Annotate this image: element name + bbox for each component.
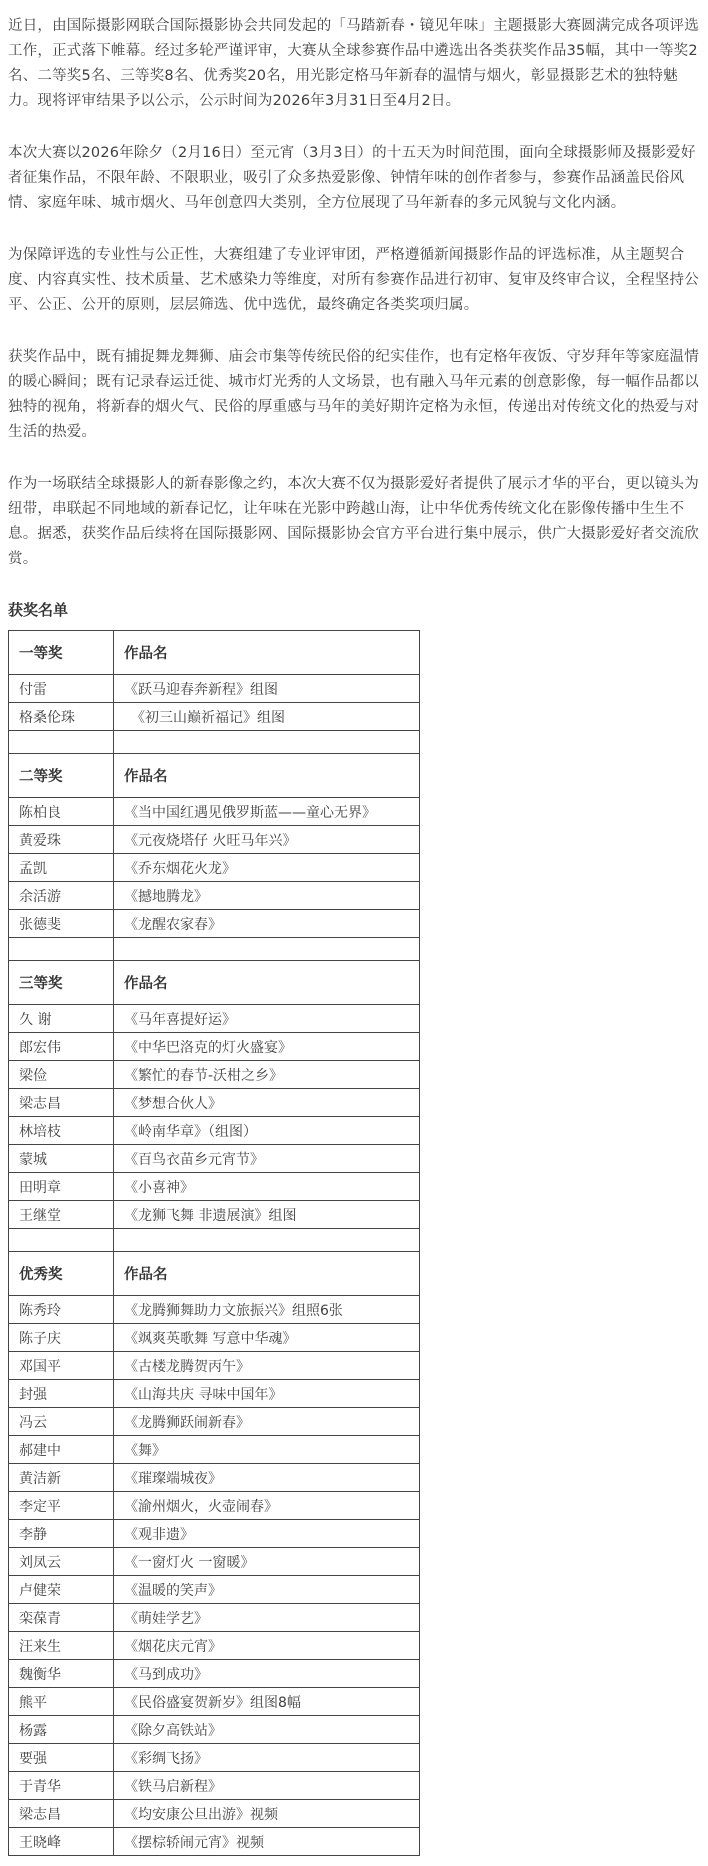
- table-row: 郎宏伟《中华巴洛克的灯火盛宴》: [9, 1033, 420, 1061]
- table-row: 久 谢《马年喜提好运》: [9, 1005, 420, 1033]
- paragraph-closing: 作为一场联结全球摄影人的新春影像之约，本次大赛不仅为摄影爱好者提供了展示才华的平…: [8, 472, 702, 572]
- table-row: 孟凯《乔东烟花火龙》: [9, 854, 420, 882]
- table-row: 魏衡华《马到成功》: [9, 1660, 420, 1688]
- winner-name: 王晓峰: [9, 1828, 114, 1856]
- work-title: 《撼地腾龙》: [114, 882, 420, 910]
- winner-name: 孟凯: [9, 854, 114, 882]
- work-title: 《龙醒农家春》: [114, 910, 420, 938]
- separator-row: [9, 731, 420, 754]
- empty-cell: [114, 938, 420, 961]
- winner-name: 栾葆青: [9, 1604, 114, 1632]
- work-title: 《乔东烟花火龙》: [114, 854, 420, 882]
- table-header-row: 三等奖作品名: [9, 961, 420, 1005]
- work-title: 《观非遗》: [114, 1520, 420, 1548]
- work-title: 《龙腾狮舞助力文旅振兴》组照6张: [114, 1296, 420, 1324]
- work-title: 《古楼龙腾贺丙午》: [114, 1352, 420, 1380]
- table-row: 蒙城《百鸟衣苗乡元宵节》: [9, 1145, 420, 1173]
- award-tier-header: 一等奖: [9, 631, 114, 675]
- winner-name: 王继堂: [9, 1201, 114, 1229]
- article-page: 近日，由国际摄影网联合国际摄影协会共同发起的「马踏新春・镜见年味」主题摄影大赛圆…: [0, 0, 708, 1866]
- work-title: 《元夜烧塔仔 火旺马年兴》: [114, 826, 420, 854]
- winner-name: 陈子庆: [9, 1324, 114, 1352]
- paragraph-timeframe: 本次大赛以2026年除夕（2月16日）至元宵（3月3日）的十五天为时间范围，面向…: [8, 141, 702, 216]
- winner-name: 魏衡华: [9, 1660, 114, 1688]
- table-row: 梁志昌《均安康公旦出游》视频: [9, 1800, 420, 1828]
- winner-name: 邓国平: [9, 1352, 114, 1380]
- table-row: 张德斐《龙醒农家春》: [9, 910, 420, 938]
- work-title: 《龙狮飞舞 非遗展演》组图: [114, 1201, 420, 1229]
- table-row: 黄爱珠《元夜烧塔仔 火旺马年兴》: [9, 826, 420, 854]
- work-title: 《一窗灯火 一窗暖》: [114, 1548, 420, 1576]
- table-header-row: 优秀奖作品名: [9, 1252, 420, 1296]
- work-title: 《除夕高铁站》: [114, 1716, 420, 1744]
- table-row: 王晓峰《摆棕轿闹元宵》视频: [9, 1828, 420, 1856]
- winner-name: 陈秀玲: [9, 1296, 114, 1324]
- empty-cell: [114, 1229, 420, 1252]
- winner-name: 冯云: [9, 1408, 114, 1436]
- table-row: 林培枝《岭南华章》（组图）: [9, 1117, 420, 1145]
- paragraph-judging: 为保障评选的专业性与公正性，大赛组建了专业评审团，严格遵循新闻摄影作品的评选标准…: [8, 243, 702, 318]
- table-row: 汪来生《烟花庆元宵》: [9, 1632, 420, 1660]
- work-title: 《彩绸飞扬》: [114, 1744, 420, 1772]
- work-title: 《马年喜提好运》: [114, 1005, 420, 1033]
- work-name-header: 作品名: [114, 1252, 420, 1296]
- table-row: 刘凤云《一窗灯火 一窗暖》: [9, 1548, 420, 1576]
- winner-name: 刘凤云: [9, 1548, 114, 1576]
- empty-cell: [9, 731, 114, 754]
- table-row: 杨露《除夕高铁站》: [9, 1716, 420, 1744]
- table-row: 田明章《小喜神》: [9, 1173, 420, 1201]
- award-tier-header: 优秀奖: [9, 1252, 114, 1296]
- paragraph-intro: 近日，由国际摄影网联合国际摄影协会共同发起的「马踏新春・镜见年味」主题摄影大赛圆…: [8, 14, 702, 114]
- work-title: 《飒爽英歌舞 写意中华魂》: [114, 1324, 420, 1352]
- table-row: 郝建中《舞》: [9, 1436, 420, 1464]
- table-row: 李定平《渝州烟火，火壶闹春》: [9, 1492, 420, 1520]
- table-row: 于青华《铁马启新程》: [9, 1772, 420, 1800]
- awards-table-body: 一等奖作品名付雷《跃马迎春奔新程》组图格桑伦珠 《初三山巅祈福记》组图二等奖作品…: [9, 631, 420, 1856]
- work-title: 《小喜神》: [114, 1173, 420, 1201]
- work-title: 《中华巴洛克的灯火盛宴》: [114, 1033, 420, 1061]
- table-row: 梁俭《繁忙的春节-沃柑之乡》: [9, 1061, 420, 1089]
- work-title: 《初三山巅祈福记》组图: [114, 703, 420, 731]
- table-row: 黄洁新《璀璨端城夜》: [9, 1464, 420, 1492]
- table-row: 邓国平《古楼龙腾贺丙午》: [9, 1352, 420, 1380]
- winner-name: 黄洁新: [9, 1464, 114, 1492]
- work-name-header: 作品名: [114, 961, 420, 1005]
- paragraph-works: 获奖作品中，既有捕捉舞龙舞狮、庙会市集等传统民俗的纪实佳作，也有定格年夜饭、守岁…: [8, 345, 702, 445]
- winner-name: 于青华: [9, 1772, 114, 1800]
- table-row: 要强《彩绸飞扬》: [9, 1744, 420, 1772]
- awards-table: 一等奖作品名付雷《跃马迎春奔新程》组图格桑伦珠 《初三山巅祈福记》组图二等奖作品…: [8, 630, 420, 1856]
- work-title: 《摆棕轿闹元宵》视频: [114, 1828, 420, 1856]
- separator-row: [9, 1229, 420, 1252]
- table-row: 王继堂《龙狮飞舞 非遗展演》组图: [9, 1201, 420, 1229]
- table-header-row: 二等奖作品名: [9, 754, 420, 798]
- winner-name: 封强: [9, 1380, 114, 1408]
- work-name-header: 作品名: [114, 754, 420, 798]
- work-title: 《民俗盛宴贺新岁》组图8幅: [114, 1688, 420, 1716]
- winner-name: 卢健荣: [9, 1576, 114, 1604]
- work-title: 《百鸟衣苗乡元宵节》: [114, 1145, 420, 1173]
- table-row: 熊平《民俗盛宴贺新岁》组图8幅: [9, 1688, 420, 1716]
- work-title: 《跃马迎春奔新程》组图: [114, 675, 420, 703]
- work-title: 《铁马启新程》: [114, 1772, 420, 1800]
- winner-name: 梁志昌: [9, 1089, 114, 1117]
- winner-name: 田明章: [9, 1173, 114, 1201]
- empty-cell: [9, 938, 114, 961]
- table-row: 余活游《撼地腾龙》: [9, 882, 420, 910]
- work-title: 《马到成功》: [114, 1660, 420, 1688]
- winner-name: 熊平: [9, 1688, 114, 1716]
- winner-name: 林培枝: [9, 1117, 114, 1145]
- work-title: 《龙腾狮跃闹新春》: [114, 1408, 420, 1436]
- winner-name: 格桑伦珠: [9, 703, 114, 731]
- table-row: 格桑伦珠 《初三山巅祈福记》组图: [9, 703, 420, 731]
- winner-name: 杨露: [9, 1716, 114, 1744]
- work-title: 《渝州烟火，火壶闹春》: [114, 1492, 420, 1520]
- table-row: 栾葆青《萌娃学艺》: [9, 1604, 420, 1632]
- work-title: 《山海共庆 寻味中国年》: [114, 1380, 420, 1408]
- work-title: 《当中国红遇见俄罗斯蓝——童心无界》: [114, 798, 420, 826]
- winner-name: 蒙城: [9, 1145, 114, 1173]
- table-row: 卢健荣《温暖的笑声》: [9, 1576, 420, 1604]
- table-row: 付雷《跃马迎春奔新程》组图: [9, 675, 420, 703]
- work-title: 《烟花庆元宵》: [114, 1632, 420, 1660]
- award-tier-header: 二等奖: [9, 754, 114, 798]
- winner-name: 梁志昌: [9, 1800, 114, 1828]
- winner-name: 郝建中: [9, 1436, 114, 1464]
- table-row: 陈子庆《飒爽英歌舞 写意中华魂》: [9, 1324, 420, 1352]
- award-tier-header: 三等奖: [9, 961, 114, 1005]
- winner-name: 汪来生: [9, 1632, 114, 1660]
- table-row: 冯云《龙腾狮跃闹新春》: [9, 1408, 420, 1436]
- winner-name: 要强: [9, 1744, 114, 1772]
- winner-name: 付雷: [9, 675, 114, 703]
- empty-cell: [114, 731, 420, 754]
- work-title: 《萌娃学艺》: [114, 1604, 420, 1632]
- work-title: 《均安康公旦出游》视频: [114, 1800, 420, 1828]
- work-title: 《璀璨端城夜》: [114, 1464, 420, 1492]
- winner-name: 陈柏良: [9, 798, 114, 826]
- table-row: 陈柏良《当中国红遇见俄罗斯蓝——童心无界》: [9, 798, 420, 826]
- table-header-row: 一等奖作品名: [9, 631, 420, 675]
- separator-row: [9, 938, 420, 961]
- winner-name: 黄爱珠: [9, 826, 114, 854]
- table-row: 李静《观非遗》: [9, 1520, 420, 1548]
- work-title: 《舞》: [114, 1436, 420, 1464]
- winner-name: 李静: [9, 1520, 114, 1548]
- table-row: 梁志昌《梦想合伙人》: [9, 1089, 420, 1117]
- winner-name: 张德斐: [9, 910, 114, 938]
- winner-name: 余活游: [9, 882, 114, 910]
- work-title: 《繁忙的春节-沃柑之乡》: [114, 1061, 420, 1089]
- empty-cell: [9, 1229, 114, 1252]
- awards-list-title: 获奖名单: [8, 599, 702, 621]
- work-title: 《梦想合伙人》: [114, 1089, 420, 1117]
- table-row: 陈秀玲《龙腾狮舞助力文旅振兴》组照6张: [9, 1296, 420, 1324]
- work-title: 《温暖的笑声》: [114, 1576, 420, 1604]
- work-name-header: 作品名: [114, 631, 420, 675]
- work-title: 《岭南华章》（组图）: [114, 1117, 420, 1145]
- winner-name: 郎宏伟: [9, 1033, 114, 1061]
- winner-name: 李定平: [9, 1492, 114, 1520]
- winner-name: 梁俭: [9, 1061, 114, 1089]
- winner-name: 久 谢: [9, 1005, 114, 1033]
- table-row: 封强《山海共庆 寻味中国年》: [9, 1380, 420, 1408]
